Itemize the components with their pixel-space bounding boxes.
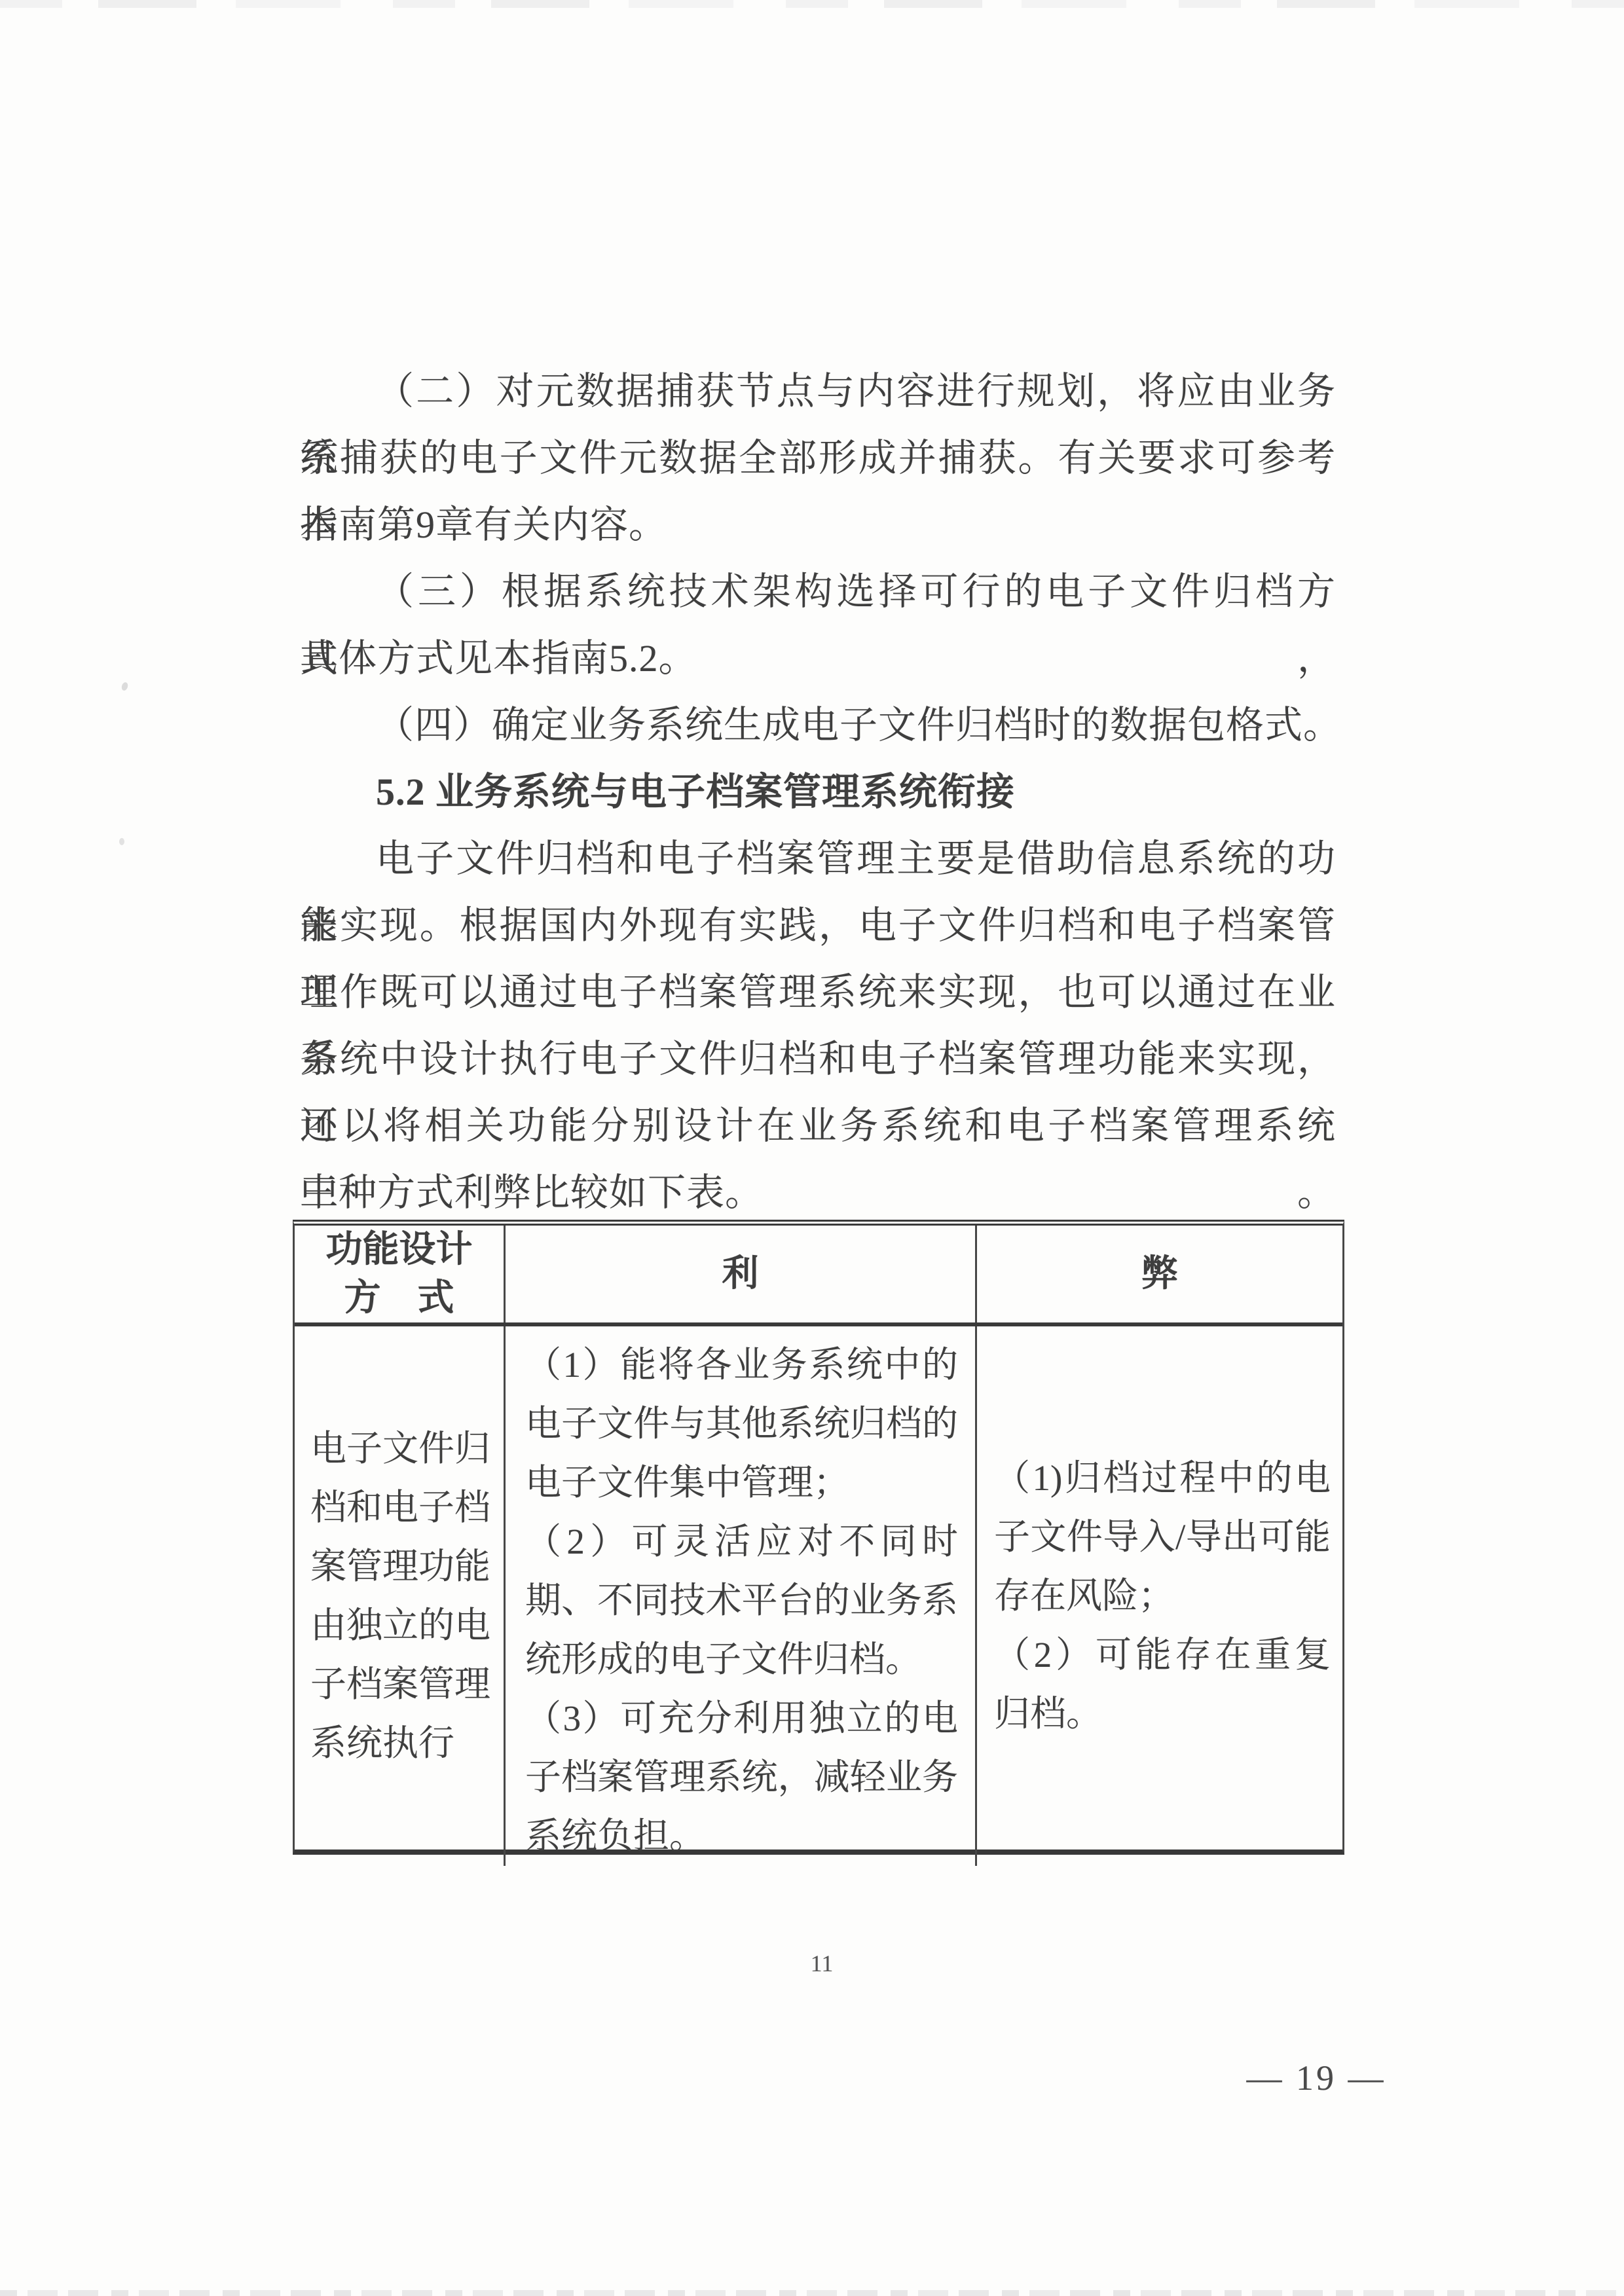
paragraph-line: 工作既可以通过电子档案管理系统来实现，也可以通过在业务	[300, 959, 1336, 1026]
paragraph-line: 三种方式利弊比较如下表。	[300, 1159, 1336, 1226]
cell-pros: （1）能将各业务系统中的电子文件与其他系统归档的电子文件集中管理； （2）可灵活…	[504, 1326, 975, 1866]
paragraph-line: 电子文件归档和电子档案管理主要是借助信息系统的功能	[300, 826, 1336, 892]
paragraph-line: 具体方式见本指南5.2。	[300, 625, 1336, 692]
pros-item: （1）能将各业务系统中的电子文件与其他系统归档的电子文件集中管理；	[525, 1336, 958, 1512]
cell-method: 电子文件归档和电子档案管理功能由独立的电子档案管理系统执行	[295, 1326, 504, 1866]
paragraph-line: （三）根据系统技术架构选择可行的电子文件归档方式，	[300, 558, 1336, 625]
header-method-line2: 方 式	[344, 1274, 454, 1322]
table-header-row: 功能设计 方 式 利 弊	[295, 1226, 1342, 1326]
cell-cons: （1)归档过程中的电子文件导入/导出可能存在风险； （2）可能存在重复归档。	[975, 1326, 1342, 1866]
page-number: — 19 —	[1218, 2058, 1414, 2098]
paragraph-line: （二）对元数据捕获节点与内容进行规划，将应由业务系	[300, 358, 1336, 425]
scan-artifact-bottom-edge	[0, 2290, 1624, 2296]
sheet-number: 11	[802, 1950, 841, 1977]
cons-item: （1)归档过程中的电子文件导入/导出可能存在风险；	[994, 1449, 1331, 1626]
scan-speck	[119, 838, 124, 845]
scanned-document-page: （二）对元数据捕获节点与内容进行规划，将应由业务系 统捕获的电子文件元数据全部形…	[0, 0, 1624, 2296]
scan-artifact-top-edge	[0, 0, 1624, 8]
method-text: 电子文件归档和电子档案管理功能由独立的电子档案管理系统执行	[310, 1419, 490, 1773]
cons-item: （2）可能存在重复归档。	[994, 1626, 1331, 1743]
scan-speck	[120, 682, 129, 691]
header-cell-cons: 弊	[975, 1226, 1342, 1322]
table-row: 电子文件归档和电子档案管理功能由独立的电子档案管理系统执行 （1）能将各业务系统…	[295, 1326, 1342, 1866]
paragraph-line: 统捕获的电子文件元数据全部形成并捕获。有关要求可参考本	[300, 425, 1336, 492]
paragraph-line: （四）确定业务系统生成电子文件归档时的数据包格式。	[300, 692, 1336, 759]
header-cell-method: 功能设计 方 式	[295, 1226, 504, 1322]
paragraph-line: 指南第9章有关内容。	[300, 492, 1336, 558]
paragraph-line: 来实现。根据国内外现有实践，电子文件归档和电子档案管理	[300, 892, 1336, 959]
paragraph-line: 系统中设计执行电子文件归档和电子档案管理功能来实现，还	[300, 1026, 1336, 1093]
pros-item: （3）可充分利用独立的电子档案管理系统，减轻业务系统负担。	[525, 1689, 958, 1866]
paragraph-line: 可以将相关功能分别设计在业务系统和电子档案管理系统中。	[300, 1093, 1336, 1159]
header-method-line1: 功能设计	[326, 1226, 473, 1274]
header-cell-pros: 利	[504, 1226, 975, 1322]
comparison-table: 功能设计 方 式 利 弊 电子文件归档和电子档案管理功能由独立的电子档案管理系统…	[293, 1220, 1344, 1855]
section-heading: 5.2 业务系统与电子档案管理系统衔接	[300, 759, 1336, 826]
pros-item: （2）可灵活应对不同时期、不同技术平台的业务系统形成的电子文件归档。	[525, 1512, 958, 1689]
